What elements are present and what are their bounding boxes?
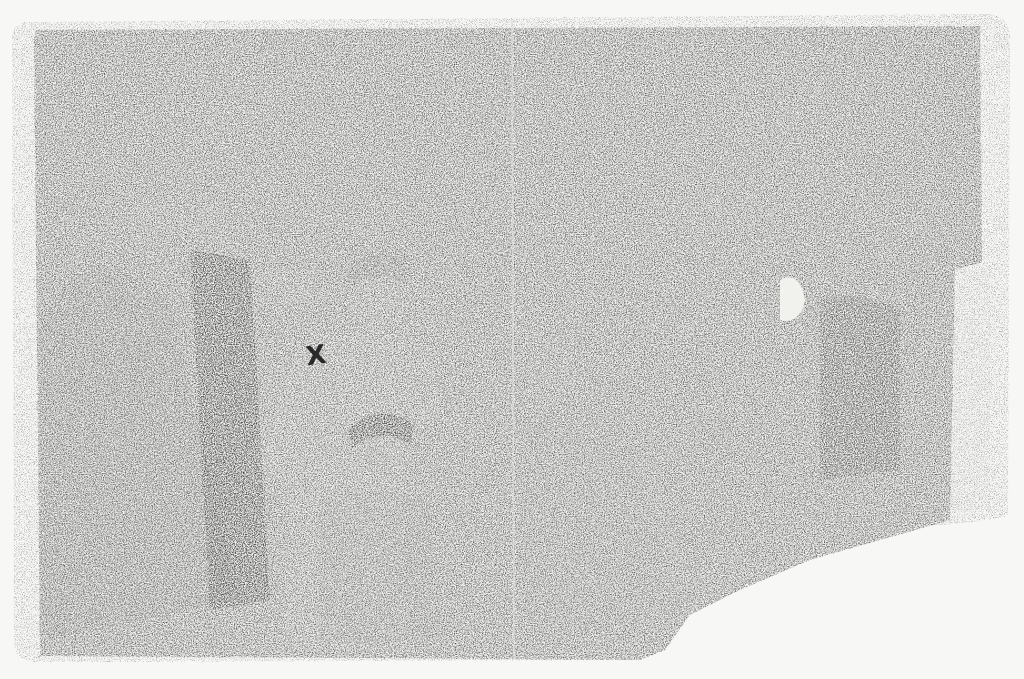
newspaper-clipping: X Grainy black-and-white halftone photog…: [0, 0, 1024, 679]
halftone-photograph: [0, 0, 1024, 679]
hand-drawn-x-mark: X: [304, 342, 327, 371]
